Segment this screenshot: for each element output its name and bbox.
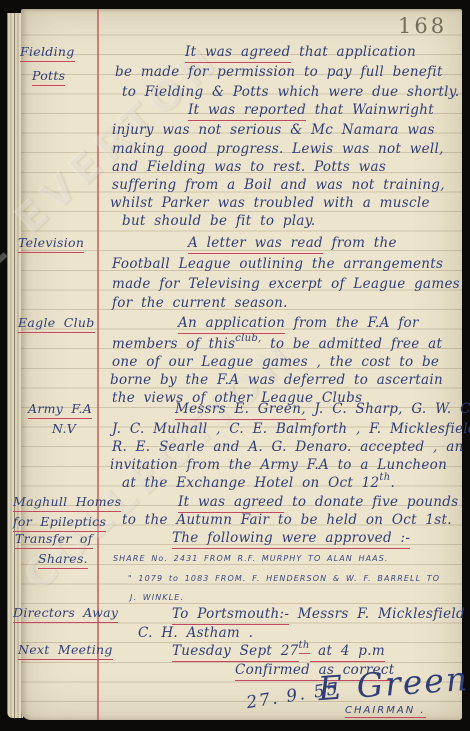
handwritten-line: It was agreed to donate five pounds bbox=[178, 496, 458, 510]
margin-heading: Shares. bbox=[38, 553, 88, 566]
handwritten-line: be made for permission to pay full benef… bbox=[115, 66, 443, 80]
handwritten-line: suffering from a Boil and was not traini… bbox=[112, 179, 445, 193]
chairman-label: CHAIRMAN . bbox=[345, 705, 426, 718]
handwritten-line: It was agreed that application bbox=[185, 46, 416, 60]
scanned-minute-page: THE EVERTON COLLECTION 168 FieldingPotts… bbox=[0, 0, 470, 731]
margin-heading: Television bbox=[18, 237, 84, 250]
handwritten-line: but should be fit to play. bbox=[122, 215, 315, 229]
handwritten-line: for the current season. bbox=[112, 297, 288, 311]
handwritten-line: to Fielding & Potts which were due short… bbox=[122, 86, 459, 100]
handwritten-line: one of our League games , the cost to be bbox=[112, 356, 439, 370]
margin-heading: Maghull Homes bbox=[13, 496, 121, 509]
margin-heading: Army F.A bbox=[28, 403, 92, 416]
handwritten-line: and Fielding was to rest. Potts was bbox=[112, 161, 386, 175]
handwritten-line: C. H. Astham . bbox=[138, 627, 253, 641]
handwritten-line: J. WINKLE. bbox=[130, 594, 184, 602]
handwritten-line: whilst Parker was troubled with a muscle bbox=[110, 197, 430, 211]
handwritten-line: J. C. Mulhall , C. E. Balmforth , F. Mic… bbox=[112, 423, 470, 437]
handwritten-line: making good progress. Lewis was not well… bbox=[112, 143, 444, 157]
handwritten-line: To Portsmouth:- Messrs F. Micklesfield a… bbox=[172, 608, 470, 622]
margin-heading: Eagle Club bbox=[18, 317, 95, 330]
margin-heading: for Epileptics bbox=[13, 516, 106, 529]
handwritten-line: SHARE No. 2431 FROM R.F. MURPHY TO ALAN … bbox=[113, 555, 389, 563]
handwritten-line: made for Televising excerpt of League ga… bbox=[112, 278, 460, 292]
margin-heading: Transfer of bbox=[15, 533, 93, 546]
margin-heading: N.V bbox=[52, 423, 76, 436]
handwritten-line: An application from the F.A for bbox=[178, 317, 419, 331]
margin-heading: Fielding bbox=[20, 46, 75, 59]
handwritten-line: borne by the F.A was deferred to ascerta… bbox=[110, 374, 443, 388]
handwritten-line: injury was not serious & Mc Namara was bbox=[112, 124, 435, 138]
page-number: 168 bbox=[398, 14, 447, 38]
handwritten-line: R. E. Searle and A. G. Denaro. accepted … bbox=[112, 441, 464, 455]
handwritten-line: A letter was read from the bbox=[188, 237, 397, 251]
handwritten-line: to the Autumn Fair to be held on Oct 1st… bbox=[122, 514, 452, 528]
handwritten-line: members of thisclub, to be admitted free… bbox=[112, 338, 442, 352]
handwritten-line: It was reported that Wainwright bbox=[188, 104, 434, 118]
handwritten-line: The following were approved :- bbox=[172, 532, 410, 546]
margin-heading: Directors Away bbox=[13, 607, 118, 620]
margin-heading: Next Meeting bbox=[18, 644, 113, 657]
handwritten-line: Tuesday Sept 27th at 4 p.m bbox=[172, 645, 385, 659]
handwritten-line: Football League outlining the arrangemen… bbox=[112, 258, 443, 272]
handwritten-line: " 1079 to 1083 FROM. F. HENDERSON & W. F… bbox=[128, 575, 440, 583]
handwritten-line: Messrs E. Green, J. C. Sharp, G. W. Coff… bbox=[175, 403, 470, 417]
margin-heading: Potts bbox=[32, 70, 65, 83]
handwritten-line: invitation from the Army F.A to a Lunche… bbox=[110, 459, 447, 473]
handwritten-line: at the Exchange Hotel on Oct 12th. bbox=[122, 477, 395, 491]
